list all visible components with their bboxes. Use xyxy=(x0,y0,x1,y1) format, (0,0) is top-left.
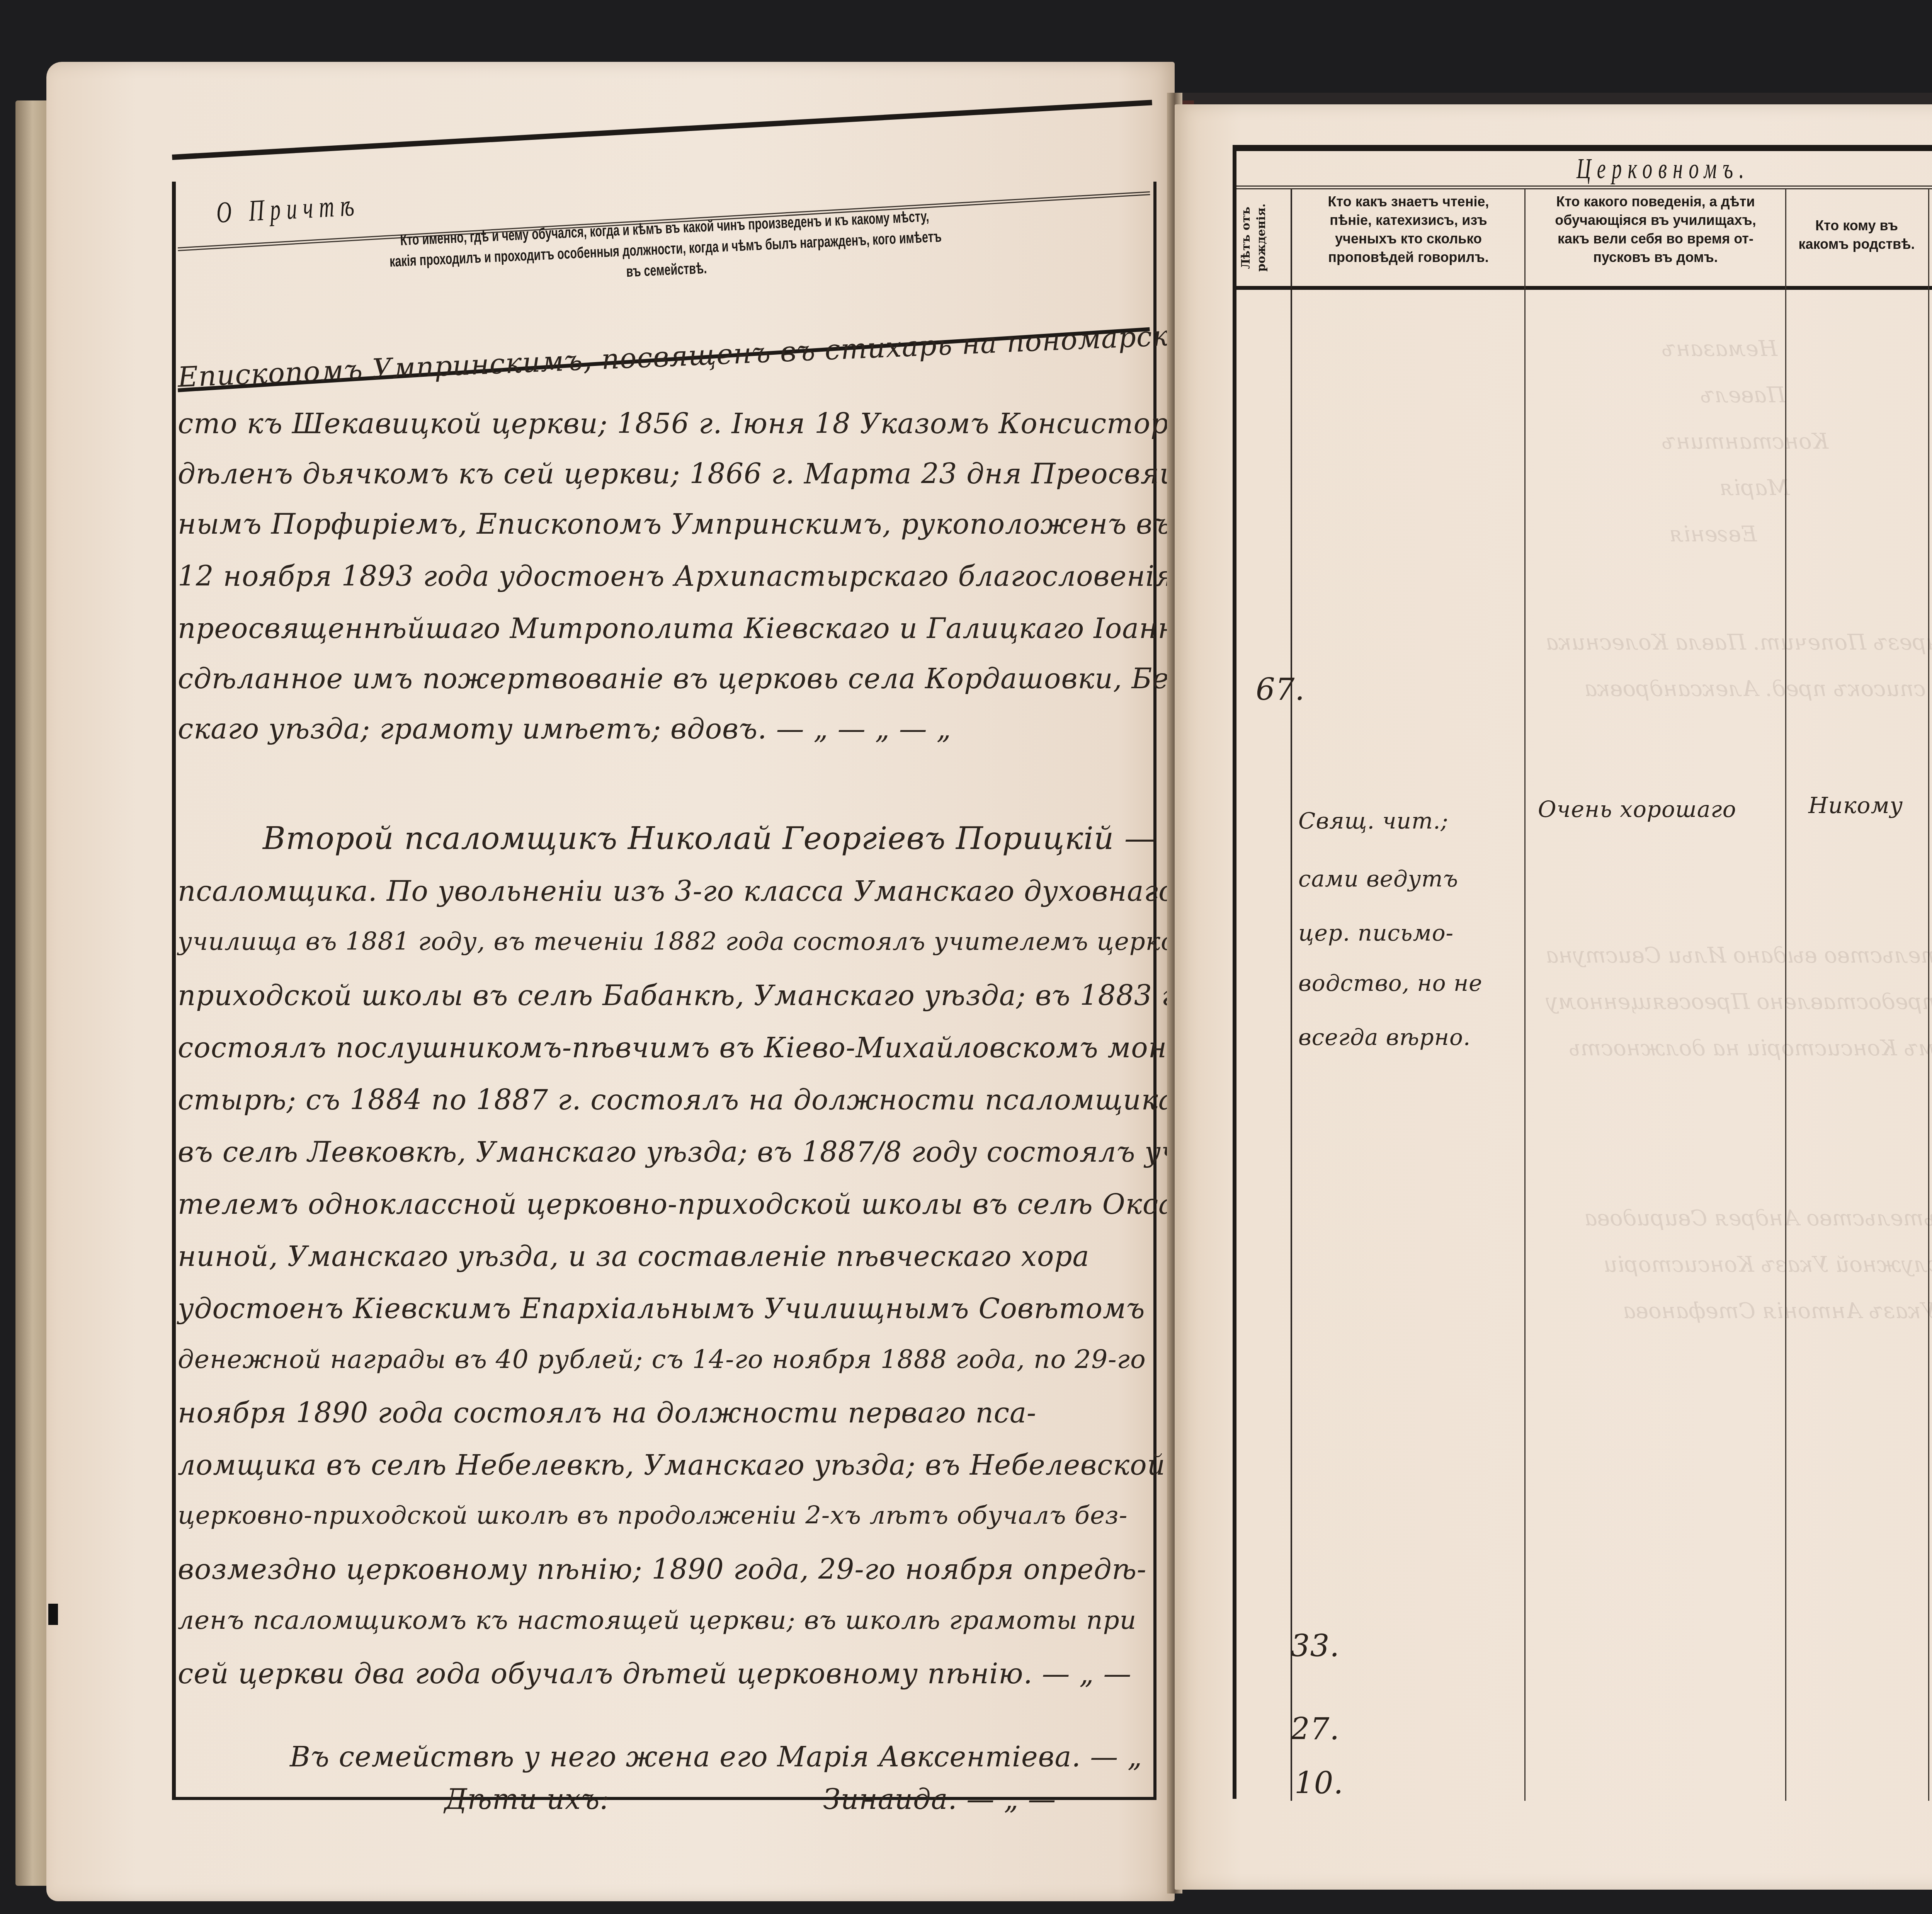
entry-1-line: скаго уѣзда; грамоту имѣетъ; вдовъ. — „ … xyxy=(178,715,951,743)
col-header-penalties: Кто когда былъ штрафованъ или не состоял… xyxy=(1930,209,1932,264)
right-top-rule xyxy=(1233,145,1932,151)
entry-2-line: училища въ 1881 году, въ теченіи 1882 го… xyxy=(178,929,1231,954)
behavior-entry: Очень хорошаго xyxy=(1538,796,1736,822)
age-entry: 67. xyxy=(1256,672,1305,707)
entry-2-line: псаломщика. По увольненіи изъ 3-го класс… xyxy=(178,877,1175,905)
entry-2-line: приходской школы въ селѣ Бабанкѣ, Уманск… xyxy=(178,982,1228,1009)
right-section-title: Церковномъ. xyxy=(1577,153,1750,185)
col-header-kinship: Кто кому въ какомъ родствѣ. xyxy=(1787,216,1926,253)
entry-2-line: состоялъ послушникомъ-пѣвчимъ въ Кіево-М… xyxy=(178,1034,1194,1062)
entry-2-line: телемъ одноклассной церковно-приходской … xyxy=(178,1190,1185,1218)
entry-1-line: преосвященнѣйшаго Митрополита Кіевскаго … xyxy=(178,614,1291,642)
right-title-rule xyxy=(1236,185,1932,189)
col-header-knowledge: Кто какъ знаетъ чтеніе, пѣніе, катехизис… xyxy=(1294,192,1522,267)
entry-2-line: ниной, Уманскаго уѣзда, и за составленіе… xyxy=(178,1242,1089,1270)
right-header-bottom-rule xyxy=(1236,286,1932,290)
column-divider xyxy=(1291,189,1292,1801)
column-divider xyxy=(1928,189,1929,1801)
entry-2-line: ноября 1890 года состоялъ на должности п… xyxy=(178,1399,1036,1427)
entry-1-line: сдѣланное имъ пожертвованіе въ церковь с… xyxy=(178,665,1285,692)
entry-2-line: денежной награды въ 40 рублей; съ 14-го … xyxy=(178,1347,1146,1372)
age-entry: 10. xyxy=(1294,1766,1344,1801)
entry-2-line: ленъ псаломщикомъ къ настоящей церкви; в… xyxy=(178,1608,1136,1633)
age-entry: 27. xyxy=(1291,1712,1340,1747)
family-line: Въ семействѣ у него жена его Марія Авксе… xyxy=(290,1743,1142,1771)
entry-1-line: дѣленъ дьячкомъ къ сей церкви; 1866 г. М… xyxy=(178,460,1233,488)
entry-2-line: сей церкви два года обучалъ дѣтей церков… xyxy=(178,1660,1132,1688)
children-name: Зинаида. — „ — xyxy=(823,1785,1056,1813)
col-header-age: Лѣтъ отъ рожденія. xyxy=(1238,193,1285,282)
age-entry: 33. xyxy=(1291,1629,1340,1664)
entry-2-line: Второй псаломщикъ Николай Георгіевъ Пори… xyxy=(263,823,1251,854)
entry-1-line: 12 ноября 1893 года удостоенъ Архипастыр… xyxy=(178,562,1304,590)
column-divider xyxy=(1785,189,1786,1801)
column-divider xyxy=(1524,189,1526,1801)
entry-1-line: сто къ Шекавицкой церкви; 1856 г. Іюня 1… xyxy=(178,410,1286,437)
kinship-entry: Никому xyxy=(1808,792,1903,818)
entry-2-line: стырѣ; съ 1884 по 1887 г. состоялъ на до… xyxy=(178,1086,1175,1114)
entry-2-line: ломщика въ селѣ Небелевкѣ, Уманскаго уѣз… xyxy=(178,1451,1165,1479)
col-header-behavior: Кто какого поведенія, а дѣти обучающіяся… xyxy=(1527,192,1784,267)
entry-2-line: возмездно церковному пѣнію; 1890 года, 2… xyxy=(178,1555,1146,1583)
children-label: Дѣти ихъ: xyxy=(444,1785,610,1813)
binding-mark xyxy=(48,1604,58,1625)
entry-2-line: церковно-приходской школѣ въ продолженіи… xyxy=(178,1503,1128,1528)
entry-2-line: въ селѣ Левковкѣ, Уманскаго уѣзда; въ 18… xyxy=(178,1138,1207,1166)
entry-2-line: удостоенъ Кіевскимъ Епархіальнымъ Училищ… xyxy=(178,1295,1145,1322)
entry-1-line: нымъ Порфиріемъ, Епископомъ Умпринскимъ,… xyxy=(178,510,1304,538)
